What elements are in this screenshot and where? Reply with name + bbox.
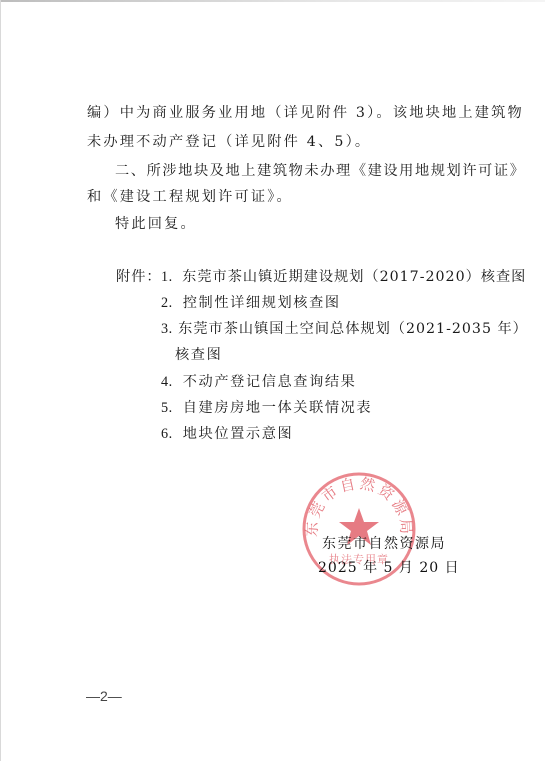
paragraph2-line1: 二、所涉地块及地上建筑物未办理《建设用地规划许可证》	[115, 162, 525, 180]
paragraph1-line2: 未办理不动产登记（详见附件 4、5）。	[87, 133, 371, 151]
attachment-number: 1.	[161, 269, 173, 285]
scan-edge-left	[0, 0, 1, 761]
attachment-text: 东莞市茶山镇国土空间总体规划（2021-2035 年）	[178, 321, 528, 337]
attachment-item-3-continuation: 核查图	[175, 346, 222, 364]
attachment-item-2: 2. 控制性详细规划核查图	[161, 294, 341, 312]
attachment-text: 控制性详细规划核查图	[183, 295, 341, 311]
paragraph2-line2: 和《建设工程规划许可证》。	[87, 188, 293, 206]
attachment-number: 6.	[161, 426, 173, 442]
signature-organization: 东莞市自然资源局	[322, 533, 446, 553]
attachment-number: 3.	[161, 321, 173, 337]
attachment-item-1: 1. 东莞市茶山镇近期建设规划（2017-2020）核查图	[161, 268, 526, 286]
paragraph1-line1: 编）中为商业服务业用地（详见附件 3）。该地块地上建筑物	[87, 104, 524, 122]
attachment-number: 5.	[161, 400, 173, 416]
attachment-item-6: 6. 地块位置示意图	[161, 425, 293, 443]
closing-text: 特此回复。	[115, 215, 197, 233]
attachments-label: 附件：	[116, 268, 162, 286]
attachment-item-4: 4. 不动产登记信息查询结果	[161, 373, 356, 391]
attachment-text: 东莞市茶山镇近期建设规划（2017-2020）核查图	[182, 269, 526, 285]
attachment-number: 2.	[161, 295, 173, 311]
signature-date: 2025 年 5 月 20 日	[318, 557, 460, 577]
scan-edge-top	[0, 0, 545, 2]
attachment-number: 4.	[161, 374, 173, 390]
page-number: —2—	[86, 688, 122, 704]
attachment-item-5: 5. 自建房房地一体关联情况表	[161, 399, 372, 417]
attachment-text: 自建房房地一体关联情况表	[183, 400, 372, 416]
attachment-text: 地块位置示意图	[183, 426, 294, 442]
attachment-item-3: 3. 东莞市茶山镇国土空间总体规划（2021-2035 年）	[161, 320, 528, 338]
attachment-text: 不动产登记信息查询结果	[183, 374, 357, 390]
